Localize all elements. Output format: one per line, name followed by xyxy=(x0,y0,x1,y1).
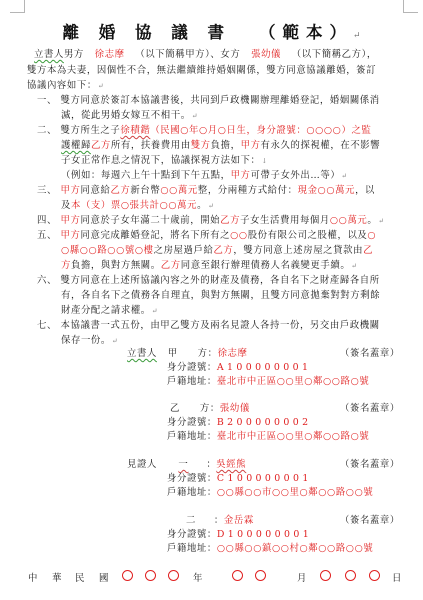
amount: ○○萬元 xyxy=(330,215,368,226)
witness-1-id: C100000001 xyxy=(217,473,312,484)
clause-6-line-2: 有，各自名下之債務各自理直，與對方無關，且雙方同意拋棄對對方剩餘 xyxy=(61,288,380,303)
paragraph-mark-icon: ↵ xyxy=(351,262,357,270)
clause-text: 雙方同意在上述所協議內容之外的財產及債務，各自名下之財產歸各自所 xyxy=(61,275,380,286)
party-a-id-row: 身分證號：A100000001 xyxy=(167,361,311,376)
date-char: 華 xyxy=(52,570,61,584)
month-digit-placeholder[interactable] xyxy=(255,570,266,584)
year-label: 年 xyxy=(193,570,202,584)
clause-5-line-2: ○縣○○路○○號○樓之房屋過戶給乙方，雙方同意上述房屋之貸款由乙 xyxy=(61,243,373,258)
party-b-id-row: 身分證號：B200000002 xyxy=(167,416,311,431)
party-ref: 甲方 xyxy=(61,185,81,196)
colon: ： xyxy=(206,459,216,470)
id-label: 身分證號： xyxy=(167,362,217,373)
party-a-row: 立書人 甲 方：徐志摩 xyxy=(127,347,248,362)
clause-text: （例如：每週六上午十點到下午五點， xyxy=(61,170,231,181)
day-digit-placeholder[interactable] xyxy=(369,570,380,584)
witness-2-id-row: 身分證號：D100000001 xyxy=(167,528,312,543)
intro-line-2: 雙方本為夫妻，因個性不合，無法繼續維持婚姻關係，雙方同意協議離婚，簽訂 xyxy=(27,63,376,78)
clause-text: 負擔， xyxy=(211,140,241,151)
child-name: 徐積鍇 xyxy=(120,125,150,136)
colon: ： xyxy=(214,515,224,526)
address-label: 戶籍地址： xyxy=(167,376,217,387)
clause-text: 本協議書一式五份，由甲乙雙方及兩名見證人各持一份，另交由戶政機關 xyxy=(61,320,380,331)
witness-1-address: ○○縣○○市○○里○鄰○○路○○號 xyxy=(217,487,373,498)
year-digit-placeholder[interactable] xyxy=(122,570,133,584)
clause-number: 五、 xyxy=(37,230,57,241)
clause-text: 。 xyxy=(197,200,207,211)
clause-text: 護權歸 xyxy=(61,140,91,151)
party-ref: 雙方 xyxy=(191,140,211,151)
witness-1-row: 見證人 一 ：吳經熊 xyxy=(127,458,246,473)
paragraph-mark-icon: ↵ xyxy=(341,172,347,180)
party-ref: 乙方 xyxy=(161,260,181,271)
signatories-label: 立書人 xyxy=(127,348,157,359)
clause-7-line-2: 保存一份。↵ xyxy=(61,333,118,349)
clause-number: 二、 xyxy=(37,125,57,136)
witnesses-label: 見證人 xyxy=(127,459,157,470)
amount: ○○萬元 xyxy=(160,185,198,196)
clause-text: 雙方同意於簽訂本協議書後，共同到戶政機關辦理離婚登記，婚姻關係消 xyxy=(61,95,380,106)
id-label: 身分證號： xyxy=(167,473,217,484)
day-label: 日 xyxy=(392,570,401,584)
id-label: 身分證號： xyxy=(167,417,217,428)
clause-text: 之房屋過戶給 xyxy=(154,245,214,256)
clause-6: 六、 雙方同意在上述所協議內容之外的財產及債務，各自名下之財產歸各自所 xyxy=(37,273,380,288)
intro-line-1: 立書人男方 徐志摩 （以下簡稱甲方）、女方 張幼儀 （以下簡稱乙方）， xyxy=(34,47,377,62)
clause-text: 有永久的探視權，在不影響 xyxy=(261,140,381,151)
title-text: 離 婚 協 議 書 （範本） xyxy=(62,23,352,42)
page-corner-mark xyxy=(403,0,418,13)
clause-1: 一、 雙方同意於簽訂本協議書後，共同到戶政機關辦理離婚登記，婚姻關係消 xyxy=(37,93,380,108)
party-b-address: 臺北市中正區○○里○鄰○○路○號 xyxy=(217,431,369,442)
amount: 本（支）票○張共計○○萬元 xyxy=(71,200,197,211)
party-ref: 乙方 xyxy=(91,140,111,151)
clause-text: 保存一份。 xyxy=(61,335,111,346)
clause-number: 七、 xyxy=(37,320,57,331)
witness-2-row: 二 ：金岳霖 xyxy=(186,514,254,529)
clause-text: ，以 xyxy=(355,185,375,196)
clause-6-line-3: 財產分配之請求權。↵ xyxy=(61,303,158,319)
paragraph-mark-icon: ↵ xyxy=(378,217,384,225)
line-break-icon: ↓ xyxy=(262,157,268,165)
clause-2-line-4: （例如：每週六上午十點到下午五點，甲方可帶子女外出…等）↵ xyxy=(61,168,348,184)
clause-text: 滅，從此男婚女嫁互不相干。 xyxy=(61,110,191,121)
party-a-address: 臺北市中正區○○里○鄰○○路○號 xyxy=(217,376,369,387)
clause-4: 四、 甲方同意於子女年滿二十歲前，開始乙方子女生活費用每個月○○萬元。↵ xyxy=(37,213,385,229)
paragraph-mark-icon: ↵ xyxy=(192,112,198,120)
clause-number: 一、 xyxy=(37,95,57,106)
husband-alias: （以下簡稱甲方）、女方 xyxy=(135,49,240,60)
party-b-address-row: 戶籍地址：臺北市中正區○○里○鄰○○路○號 xyxy=(167,430,369,445)
clause-text: 及 xyxy=(61,200,71,211)
clause-2-line-2: 護權歸乙方所有，扶養費用由雙方負擔，甲方有永久的探視權，在不影響 xyxy=(61,138,380,153)
clause-5: 五、 甲方同意完成離婚登記，將名下所有之○○股份有限公司之股權，以及○ xyxy=(37,228,376,243)
paragraph-mark-icon: ↵ xyxy=(353,31,361,41)
paragraph-mark-icon: ↵ xyxy=(152,307,158,315)
party-a-name: 徐志摩 xyxy=(218,348,248,359)
intro-line-3-text: 協議內容如下： xyxy=(27,80,97,91)
year-digit-placeholder[interactable] xyxy=(168,570,179,584)
witness-2-address: ○○縣○○鎮○○村○鄰○○路○○號 xyxy=(217,543,373,554)
clause-number: 六、 xyxy=(37,275,57,286)
clause-3: 三、 甲方同意給乙方新台幣○○萬元整，分兩種方式給付：現金○○萬元，以 xyxy=(37,183,375,198)
day-digit-placeholder[interactable] xyxy=(345,570,356,584)
paragraph-mark-icon: ↵ xyxy=(208,202,214,210)
property-address: ○縣○○路○○號○樓 xyxy=(61,245,154,256)
male-label: 男方 xyxy=(64,49,84,60)
clause-text: ，雙方同意上述房屋之貸款由 xyxy=(233,245,363,256)
clause-text: 可帶子女外出…等） xyxy=(251,170,341,181)
clause-2-line-3: 子女正常作息之情況下，協議探視方法如下：↓ xyxy=(61,153,268,169)
party-ref: 乙 xyxy=(363,245,373,256)
date-char: 國 xyxy=(99,570,108,584)
clause-text: 負擔，與對方無關。 xyxy=(71,260,161,271)
clause-number: 四、 xyxy=(37,215,57,226)
clause-text: 整，分兩種方式給付： xyxy=(198,185,298,196)
paragraph-mark-icon: ↵ xyxy=(98,82,104,90)
clause-text: 子女生活費用每個月 xyxy=(240,215,330,226)
clause-text: 同意給 xyxy=(81,185,111,196)
witness-2-seal: （簽名蓋章） xyxy=(340,514,400,529)
address-placeholder: ○ xyxy=(367,230,376,241)
witness-1-id-row: 身分證號：C100000001 xyxy=(167,472,312,487)
month-label: 月 xyxy=(297,570,306,584)
party-b-id: B200000002 xyxy=(217,417,312,428)
wife-alias: （以下簡稱乙方）， xyxy=(292,49,377,60)
address-label: 戶籍地址： xyxy=(167,543,217,554)
party-ref: 甲方 xyxy=(231,170,251,181)
id-label: 身分證號： xyxy=(167,529,217,540)
year-digit-placeholder[interactable] xyxy=(145,570,156,584)
party-ref: 方 xyxy=(61,260,71,271)
clause-text: 財產分配之請求權。 xyxy=(61,305,151,316)
month-digit-placeholder[interactable] xyxy=(232,570,243,584)
address-label: 戶籍地址： xyxy=(167,431,217,442)
party-ref: 乙方 xyxy=(110,185,130,196)
witness-1-label: 一 xyxy=(178,459,188,470)
clause-text: 同意於子女年滿二十歲前，開始 xyxy=(81,215,221,226)
party-b-label: 乙 方： xyxy=(170,403,220,414)
party-ref: 甲方 xyxy=(61,215,81,226)
party-ref: 乙方 xyxy=(213,245,233,256)
witness-1-name: 吳經熊 xyxy=(216,459,246,470)
date-char: 民 xyxy=(75,570,84,584)
clause-text: 同意至銀行辦理債務人名義變更手續。 xyxy=(181,260,351,271)
clause-text: 新台幣 xyxy=(130,185,160,196)
witness-1-seal: （簽名蓋章） xyxy=(340,458,400,473)
witness-2-address-row: 戶籍地址：○○縣○○鎮○○村○鄰○○路○○號 xyxy=(167,542,373,557)
paragraph-mark-icon: ↵ xyxy=(112,337,118,345)
intro-line-3: 協議內容如下：↵ xyxy=(27,78,104,94)
date-char: 中 xyxy=(28,570,37,584)
party-ref: 甲方 xyxy=(241,140,261,151)
child-birth: （民國○年○月○日生，身分證號：○○○○）之監 xyxy=(150,125,371,136)
witness-1-address-row: 戶籍地址：○○縣○○市○○里○鄰○○路○○號 xyxy=(167,486,373,501)
clause-text: 子女正常作息之情況下，協議探視方法如下： xyxy=(61,155,261,166)
party-a-address-row: 戶籍地址：臺北市中正區○○里○鄰○○路○號 xyxy=(167,375,369,390)
party-b-seal: （簽名蓋章） xyxy=(340,402,400,417)
party-b-name: 張幼儀 xyxy=(220,403,250,414)
party-a-seal: （簽名蓋章） xyxy=(340,347,400,362)
address-label: 戶籍地址： xyxy=(167,487,217,498)
company-placeholder: ○○ xyxy=(230,230,248,241)
intro-prefix: 立書人 xyxy=(34,49,64,60)
day-digit-placeholder[interactable] xyxy=(320,570,331,584)
clause-text: 所有，扶養費用由 xyxy=(111,140,191,151)
party-a-id: A100000001 xyxy=(217,362,311,373)
party-ref: 乙方 xyxy=(220,215,240,226)
clause-7: 七、 本協議書一式五份，由甲乙雙方及兩名見證人各持一份，另交由戶政機關 xyxy=(37,318,380,333)
clause-text: 。 xyxy=(367,215,377,226)
party-a-label: 甲 方： xyxy=(168,348,218,359)
clause-1-line-2: 滅，從此男婚女嫁互不相干。↵ xyxy=(61,108,198,124)
wife-name: 張幼儀 xyxy=(251,49,281,60)
husband-name: 徐志摩 xyxy=(95,49,125,60)
party-b-row: 乙 方：張幼儀 xyxy=(170,402,250,417)
witness-2-label: 二 xyxy=(186,515,196,526)
clause-text: 同意完成離婚登記，將名下所有之 xyxy=(81,230,231,241)
document-title: 離 婚 協 議 書 （範本）↵ xyxy=(0,19,423,43)
amount: 現金○○萬元 xyxy=(298,185,355,196)
clause-5-line-3: 方負擔，與對方無關。乙方同意至銀行辦理債務人名義變更手續。↵ xyxy=(61,258,358,274)
page-corner-mark xyxy=(10,0,25,13)
clause-2: 二、 雙方所生之子徐積鍇（民國○年○月○日生，身分證號：○○○○）之監 xyxy=(37,123,371,138)
clause-number: 三、 xyxy=(37,185,57,196)
party-ref: 甲方 xyxy=(61,230,81,241)
witness-2-name: 金岳霖 xyxy=(224,515,254,526)
clause-3-line-2: 及本（支）票○張共計○○萬元。↵ xyxy=(61,198,215,214)
witness-2-id: D100000001 xyxy=(217,529,312,540)
clause-text: 股份有限公司之股權，以及 xyxy=(248,230,368,241)
